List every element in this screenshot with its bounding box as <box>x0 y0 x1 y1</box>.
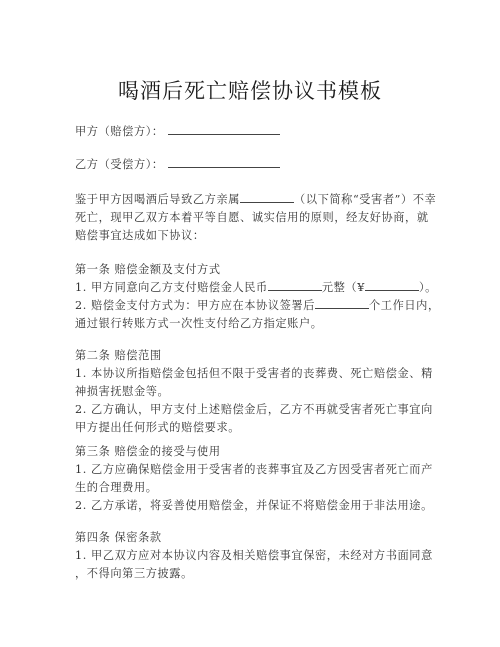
article-text: ）。 <box>419 281 437 294</box>
document-title: 喝酒后死亡赔偿协议书模板 <box>0 76 500 106</box>
article-3-heading: 第三条 赔偿金的接受与使用 <box>75 444 221 460</box>
amount-words-blank[interactable] <box>268 280 322 291</box>
article-1-item-2: 2. 赔偿金支付方式为：甲方应在本协议签署后个工作日内， <box>75 298 440 314</box>
relative-name-blank[interactable] <box>240 192 294 203</box>
party-b-blank[interactable] <box>168 157 280 168</box>
party-b-line: 乙方（受偿方）： <box>75 157 280 173</box>
article-3-line-1: 1. 乙方应确保赔偿金用于受害者的丧葬事宜及乙方因受害者死亡而产 <box>75 462 433 478</box>
article-1-item-1: 1. 甲方同意向乙方支付赔偿金人民币元整（¥）。 <box>75 280 437 296</box>
preamble-text: （以下简称“受害者”）不幸 <box>294 193 436 206</box>
article-3-line-3: 2. 乙方承诺，将妥善使用赔偿金，并保证不将赔偿金用于非法用途。 <box>75 498 433 514</box>
article-1-item-2-cont: 通过银行转账方式一次性支付给乙方指定账户。 <box>75 316 323 332</box>
article-2-line-4: 甲方提出任何形式的赔偿要求。 <box>75 420 240 436</box>
article-text: 元整（¥ <box>322 281 365 294</box>
party-b-label: 乙方（受偿方）： <box>75 158 164 171</box>
preamble-line-2: 死亡，现甲乙双方本着平等自愿、诚实信用的原则，经友好协商，就 <box>75 210 429 226</box>
article-2-line-2: 神损害抚慰金等。 <box>75 384 169 400</box>
article-text: 2. 赔偿金支付方式为：甲方应在本协议签署后 <box>75 299 315 312</box>
party-a-line: 甲方（赔偿方）： <box>75 124 280 140</box>
preamble-line-1: 鉴于甲方因喝酒后导致乙方亲属（以下简称“受害者”）不幸 <box>75 192 436 208</box>
article-2-heading: 第二条 赔偿范围 <box>75 348 162 364</box>
amount-number-blank[interactable] <box>365 280 419 291</box>
article-2-line-3: 2. 乙方确认，甲方支付上述赔偿金后，乙方不再就受害者死亡事宜向 <box>75 402 433 418</box>
article-2-line-1: 1. 本协议所指赔偿金包括但不限于受害者的丧葬费、死亡赔偿金、精 <box>75 366 433 382</box>
party-a-label: 甲方（赔偿方）： <box>75 125 164 138</box>
article-4-line-2: ，不得向第三方披露。 <box>75 566 193 582</box>
article-text: 个工作日内， <box>369 299 440 312</box>
preamble-text: 鉴于甲方因喝酒后导致乙方亲属 <box>75 193 240 206</box>
preamble-line-3: 赔偿事宜达成如下协议： <box>75 228 205 244</box>
article-3-line-2: 生的合理费用。 <box>75 480 158 496</box>
article-text: 1. 甲方同意向乙方支付赔偿金人民币 <box>75 281 268 294</box>
article-4-line-1: 1. 甲乙双方应对本协议内容及相关赔偿事宜保密，未经对方书面同意 <box>75 548 433 564</box>
days-blank[interactable] <box>315 298 369 309</box>
article-4-heading: 第四条 保密条款 <box>75 530 162 546</box>
party-a-blank[interactable] <box>168 124 280 135</box>
article-1-heading: 第一条 赔偿金额及支付方式 <box>75 262 221 278</box>
